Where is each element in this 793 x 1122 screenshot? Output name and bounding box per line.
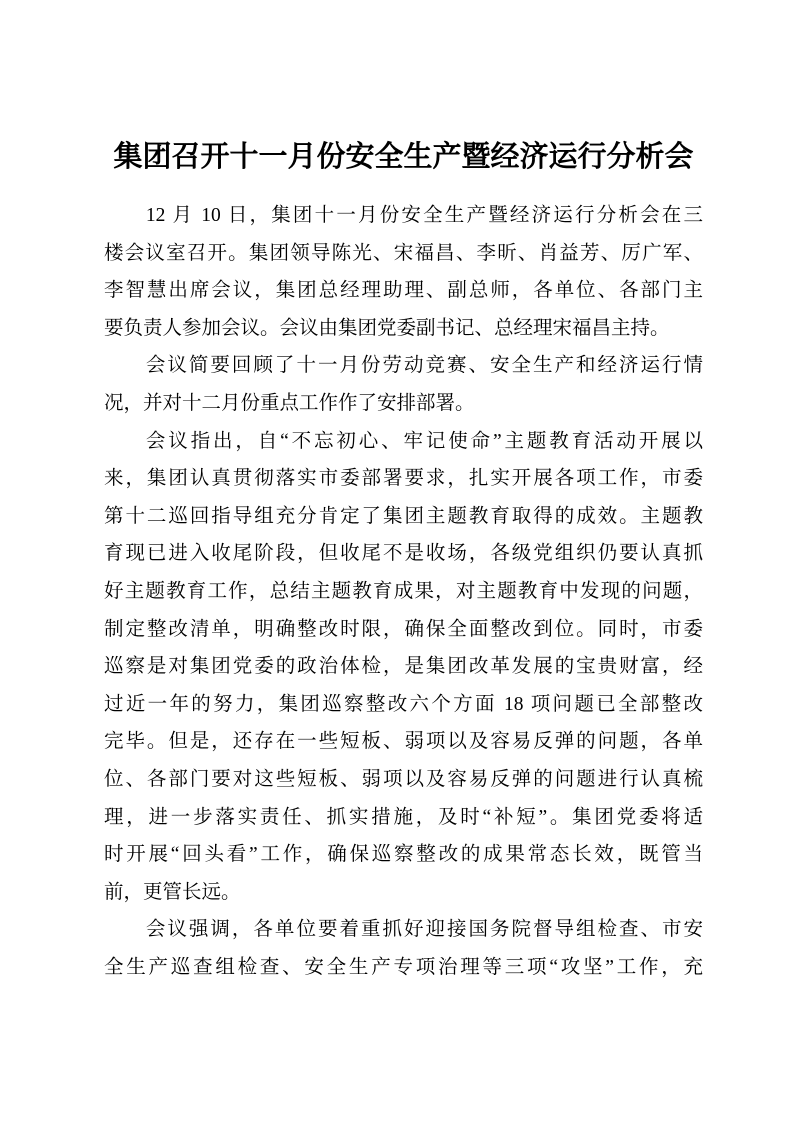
text-line: 况，并对十二月份重点工作作了安排部署。 [104,385,703,423]
paragraph: 会议强调，各单位要着重抓好迎接国务院督导组检查、市安全生产巡查组检查、安全生产专… [104,911,703,986]
text-line: 会议简要回顾了十一月份劳动竞赛、安全生产和经济运行情 [104,347,703,385]
text-line: 会议指出，自“不忘初心、牢记使命”主题教育活动开展以 [104,423,703,461]
document-page: 集团召开十一月份安全生产暨经济运行分析会 12 月 10 日，集团十一月份安全生… [0,0,793,1122]
text-line: 前，更管长远。 [104,874,703,912]
text-line: 12 月 10 日，集团十一月份安全生产暨经济运行分析会在三 [104,197,703,235]
document-title: 集团召开十一月份安全生产暨经济运行分析会 [104,134,703,180]
paragraph: 会议简要回顾了十一月份劳动竞赛、安全生产和经济运行情况，并对十二月份重点工作作了… [104,347,703,422]
document-content: 集团召开十一月份安全生产暨经济运行分析会 12 月 10 日，集团十一月份安全生… [104,134,703,986]
text-line: 会议强调，各单位要着重抓好迎接国务院督导组检查、市安 [104,911,703,949]
text-line: 全生产巡查组检查、安全生产专项治理等三项“攻坚”工作，充 [104,949,703,987]
text-line: 李智慧出席会议，集团总经理助理、副总师，各单位、各部门主 [104,272,703,310]
text-line: 第十二巡回指导组充分肯定了集团主题教育取得的成效。主题教 [104,498,703,536]
text-line: 理，进一步落实责任、抓实措施，及时“补短”。集团党委将适 [104,799,703,837]
text-line: 制定整改清单，明确整改时限，确保全面整改到位。同时，市委 [104,611,703,649]
text-line: 育现已进入收尾阶段，但收尾不是收场，各级党组织仍要认真抓 [104,535,703,573]
text-line: 来，集团认真贯彻落实市委部署要求，扎实开展各项工作，市委 [104,460,703,498]
text-line: 时开展“回头看”工作，确保巡察整改的成果常态长效，既管当 [104,836,703,874]
paragraph: 会议指出，自“不忘初心、牢记使命”主题教育活动开展以来，集团认真贯彻落实市委部署… [104,423,703,912]
paragraph: 12 月 10 日，集团十一月份安全生产暨经济运行分析会在三楼会议室召开。集团领… [104,197,703,347]
document-body: 12 月 10 日，集团十一月份安全生产暨经济运行分析会在三楼会议室召开。集团领… [104,197,703,986]
text-line: 过近一年的努力，集团巡察整改六个方面 18 项问题已全部整改 [104,686,703,724]
text-line: 楼会议室召开。集团领导陈光、宋福昌、李昕、肖益芳、厉广军、 [104,235,703,273]
text-line: 巡察是对集团党委的政治体检，是集团改革发展的宝贵财富，经 [104,648,703,686]
text-line: 位、各部门要对这些短板、弱项以及容易反弹的问题进行认真梳 [104,761,703,799]
text-line: 好主题教育工作，总结主题教育成果，对主题教育中发现的问题， [104,573,703,611]
text-line: 完毕。但是，还存在一些短板、弱项以及容易反弹的问题，各单 [104,723,703,761]
text-line: 要负责人参加会议。会议由集团党委副书记、总经理宋福昌主持。 [104,310,703,348]
